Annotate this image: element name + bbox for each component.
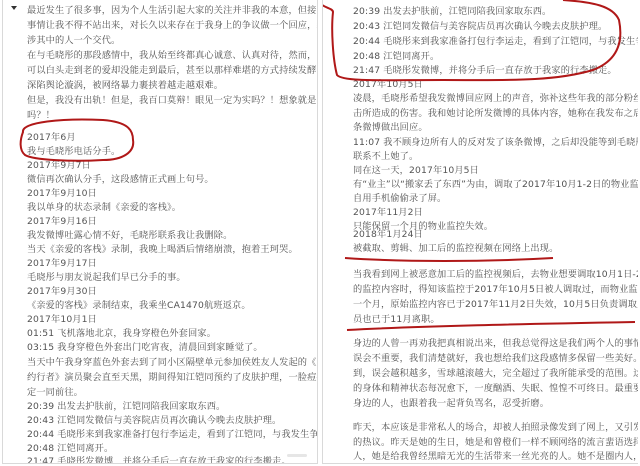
text-line: 20:44 毛晓彤来到我家准备打包行李运走，看到了江铠同，与我发生争执。 <box>353 35 638 48</box>
text-line: 最近发生了很多事，因为个人生活引起大家的关注并非我的本意，但接二连三的 <box>27 4 318 17</box>
scroll-indicator[interactable] <box>287 454 307 457</box>
text-line: 但是，我没有出轨！但是，我百口莫辩！眼见一定为实吗？！想象就是真相 <box>27 94 318 107</box>
timeline-text: 20:43 江铠同发微信与美容院店员再次确认今晚去皮肤护理。 <box>27 414 281 427</box>
timeline-date: 同在这一天，2017年10月5日 <box>353 164 479 177</box>
text-line: 20:48 江铠同离开。 <box>353 50 439 63</box>
timeline-text: 01:51 飞机落地北京，我身穿橙色外套回家。 <box>27 327 216 340</box>
text-line: 20:39 出发去护肤前，江铠同陪我回家取东西。 <box>353 5 551 18</box>
text-line: 事情让我不得不站出来，对长久以来存在于我身上的争议做一个回应，给所有牵 <box>27 19 318 32</box>
left-document-panel: 最近发生了很多事，因为个人生活引起大家的关注并非我的本意，但接二连三的 事情让我… <box>2 0 318 464</box>
timeline-text: 当天中午我身穿蓝色外套去到了同小区隔壁单元参加侯姓友人发起的《天极之契 <box>27 356 318 369</box>
timeline-text: 我以单身的状态录制《亲爱的客栈》。 <box>27 201 181 214</box>
timeline-text: 我与毛晓彤电话分手。 <box>27 145 120 158</box>
timeline-text: 11:07 我不顾身边所有人的反对发了该条微博，之后却没能等到毛晓彤的转发 <box>353 136 638 149</box>
timeline-text: 20:48 江铠同离开。 <box>27 442 113 455</box>
text-line: 人，她是给我曾经黑暗无光的生活带来一丝光亮的人。她不是圈内人，也不是 <box>353 450 638 463</box>
timeline-text: 自用手机偷偷录了屏。 <box>353 192 446 205</box>
timeline-text: 03:15 我身穿橙色外套出门吃宵夜，清晨回到家睡觉了。 <box>27 341 263 354</box>
timeline-text: 约行者》演员聚会直至天黑，期间得知江铠同预约了皮肤护理，一脸痘痘的我决 <box>27 371 318 384</box>
text-line: 深陷舆论漩涡，被网络暴力裹挟着越走越艰难。 <box>27 79 223 92</box>
timeline-text: 有“业主”以“搬家丢了东西”为由，调取了2017年10月1-2日的物业监控视频，… <box>353 178 638 191</box>
timeline-text: 《亲爱的客栈》录制结束，我乘坐CA1470航班返京。 <box>27 299 251 312</box>
text-line: 身边的人曾一再劝我把真相说出来，但我总觉得这是我们两个人的事情，大家 <box>353 337 638 350</box>
timeline-date: 2017年9月7日 <box>27 159 91 172</box>
text-line: 员也已于11月离职。 <box>353 313 440 326</box>
timeline-text: 凌晨，毛晓彤希望我发微博回应网上的声音，弥补这些年我的部分粉丝对她的 <box>353 92 638 105</box>
text-line: 20:43 江铠同发微信与美容院店员再次确认今晚去皮肤护理。 <box>353 20 607 33</box>
text-line: 到，误会越积越多，雪球越滚越大，完全超过了我所能承受的范围。这些年， <box>353 367 638 380</box>
text-line: 21:47 毛晓彤发微博，并将分手后一直存放于我家的行李搬走。 <box>353 64 617 77</box>
text-line: 在与毛晓彤的那段感情中，我从始至终都真心诚意、认真对待，然而，曾经以为 <box>27 49 318 62</box>
timeline-date: 2017年9月16日 <box>27 215 97 228</box>
timeline-text: 21:47 毛晓彤发微博，并将分手后一直存放于我家的行李搬走。 <box>27 455 291 464</box>
text-line: 一个月，原始监控内容已于2017年11月2日失效，10月5日负责调取监控的安 <box>353 298 638 311</box>
timeline-text: 击所造成的伤害。我和她讨论所发微博的具体内容，她称在我发布之后将转发 <box>353 107 638 120</box>
timeline-text: 当天《亲爱的客栈》录制，我晚上喝酒后情绪崩溃，抱着王珂哭。 <box>27 243 298 256</box>
timeline-date: 2018年1月24日 <box>353 228 423 241</box>
timeline-date: 2017年9月17日 <box>27 257 97 270</box>
timeline-text: 毛晓彤与朋友说起我们早已分手的事。 <box>27 271 186 284</box>
text-line: 的身体和精神状态每况愈下，一度酗酒、失眠、惶惶不可终日。最重要的是， <box>353 382 638 395</box>
timeline-date: 2017年11月2日 <box>353 206 423 219</box>
text-line: 吗？！ <box>27 109 55 122</box>
timeline-date: 2017年9月10日 <box>27 187 97 200</box>
text-line: 可以白头走到老的爱却没能走到最后，甚至以那样难堪的方式持续发酵，让我们 <box>27 64 318 77</box>
text-line: 昨天，本应该是非常私人的场合，却被人拍照录像发到了网上，又引发了新一 <box>353 421 638 434</box>
text-line: 的热议。昨天是她的生日，她是和曾橙们一样不顾网络的流言蜚语选择相信我 <box>353 436 638 449</box>
timeline-text: 定一同前往。 <box>27 386 83 399</box>
timeline-date: 2017年6月 <box>27 131 76 144</box>
timeline-text: 我发微博吐露心情不好，毛晓彤联系我让我删除。 <box>27 229 232 242</box>
timeline-text: 联系不上她了。 <box>353 150 418 163</box>
text-line: 当我看到网上被恶意加工后的监控视频后，去物业想要调取10月1日-2日凌晨 <box>353 268 638 281</box>
timeline-text: 20:44 毛晓彤来到我家准备打包行李运走，看到了江铠同，与我发生争执。 <box>27 428 318 441</box>
text-line: 身边的人，也跟着我一起背负骂名，忍受折磨。 <box>353 397 549 410</box>
timeline-date: 2017年10月5日 <box>353 78 423 91</box>
right-document-panel: 20:39 出发去护肤前，江铠同陪我回家取东西。 20:43 江铠同发微信与美容… <box>322 0 638 464</box>
timeline-text: 条微博做出回应。 <box>353 121 428 134</box>
timeline-text: 微信再次确认分手，这段感情正式画上句号。 <box>27 173 214 186</box>
timeline-date: 2017年9月30日 <box>27 285 97 298</box>
text-line: 误会不重要，我们清楚就好，我也想给我们这段感情多保留一些美好。但没想 <box>353 352 638 365</box>
text-line: 的监控内容时，得知该监控于2017年10月5日被人调取过，而物业监控只能保 <box>353 283 638 296</box>
timeline-text: 被截取、剪辑、加工后的监控视频在网络上出现。 <box>353 242 558 255</box>
timeline-date: 2017年10月1日 <box>27 313 97 326</box>
bullet-marker-icon <box>11 6 17 10</box>
text-line: 涉其中的人一个交代。 <box>27 34 120 47</box>
timeline-text: 20:39 出发去护肤前，江铠同陪我回家取东西。 <box>27 400 225 413</box>
